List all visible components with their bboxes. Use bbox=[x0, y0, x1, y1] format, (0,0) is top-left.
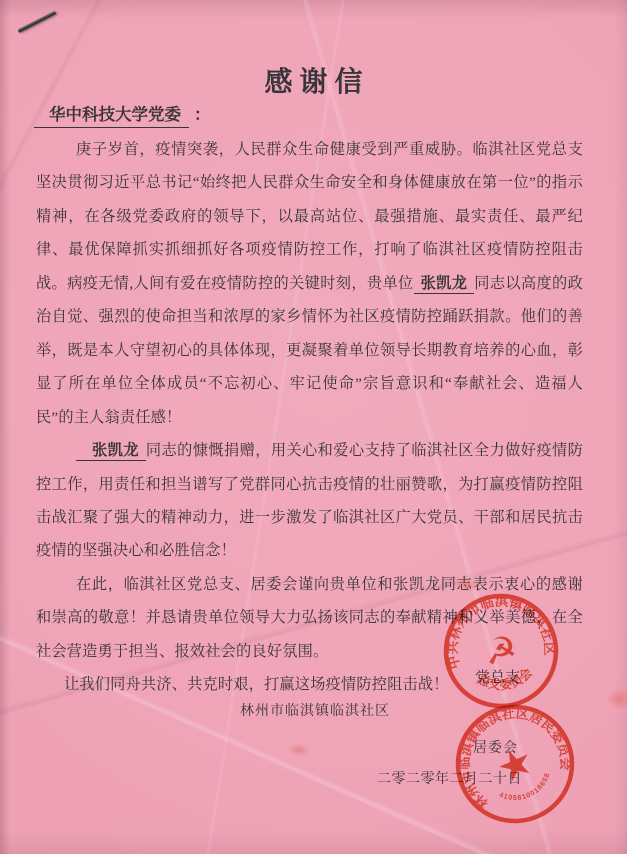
letter-title: 感谢信 bbox=[0, 60, 627, 100]
ink-smudge bbox=[288, 744, 310, 756]
donor-name-underlined: 张凯龙 bbox=[76, 442, 146, 461]
paragraph-2: 张凯龙同志的慷慨捐赠，用关心和爱心支持了临淇社区全力做好疫情防控工作，用责任和担… bbox=[36, 434, 583, 568]
signature-organization: 林州市临淇镇临淇社区 bbox=[240, 700, 390, 720]
paragraph-1-text-b: 同志以高度的政治自觉、强烈的使命担当和浓厚的家乡情怀为社区疫情防控踊跃捐款。他们… bbox=[36, 275, 583, 426]
ink-smudge bbox=[452, 578, 482, 592]
paragraph-1: 庚子岁首，疫情突袭，人民群众生命健康受到严重威胁。临淇社区党总支坚决贯彻习近平总… bbox=[36, 133, 583, 434]
donor-name-underlined: 张凯龙 bbox=[414, 275, 475, 294]
recipient-colon: ： bbox=[194, 105, 211, 124]
ink-smudge bbox=[606, 688, 627, 710]
star-icon: ★ bbox=[490, 737, 541, 794]
staple-mark bbox=[17, 11, 56, 34]
recipient-name: 华中科技大学党委 bbox=[34, 101, 189, 128]
recipient-line: 华中科技大学党委： bbox=[34, 101, 211, 128]
hammer-and-sickle-icon: ☭ bbox=[482, 629, 520, 674]
paragraph-1-text-a: 庚子岁首，疫情突袭，人民群众生命健康受到严重威胁。临淇社区党总支坚决贯彻习近平总… bbox=[36, 141, 583, 292]
scanned-letter-page: 感谢信 华中科技大学党委： 庚子岁首，疫情突袭，人民群众生命健康受到严重威胁。临… bbox=[0, 0, 627, 854]
